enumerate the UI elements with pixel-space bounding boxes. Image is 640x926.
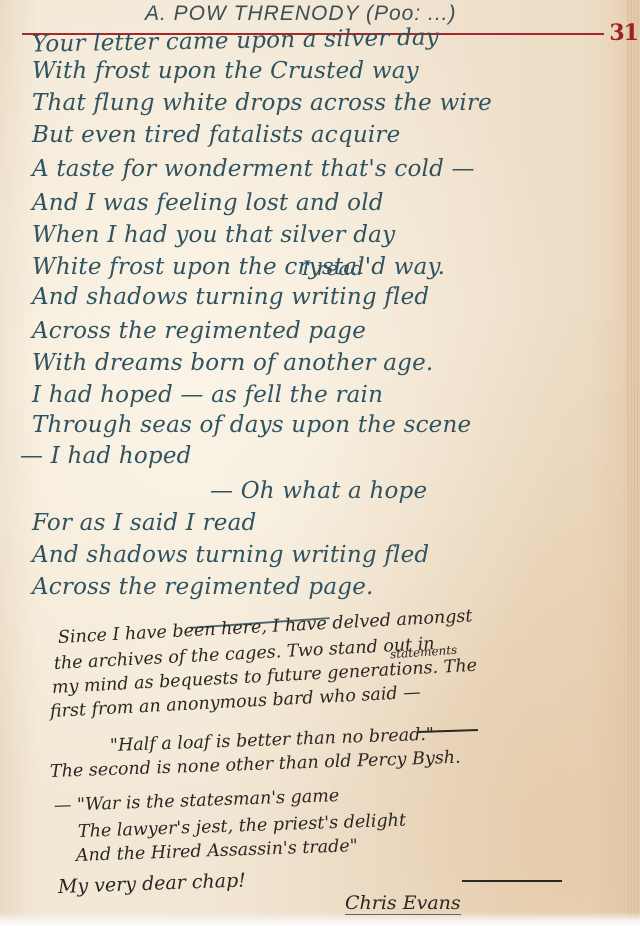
note-line: My very dear chap!: [58, 869, 247, 898]
note-line: And the Hired Assassin's trade": [76, 836, 358, 866]
page-edge: [626, 0, 640, 926]
poem-line: And I was feeling lost and old: [32, 190, 384, 216]
poem-line: For as I said I read: [32, 510, 256, 536]
note-line: — "War is the statesman's game: [54, 786, 340, 816]
poem-line: With frost upon the Crusted way: [32, 58, 419, 84]
poem-line: I had hoped — as fell the rain: [32, 382, 383, 408]
poem-line: That flung white drops across the wire: [32, 90, 492, 116]
poem-line: And shadows turning writing fled: [32, 284, 429, 310]
dash-line: [462, 880, 562, 882]
poem-line: — I had hoped: [20, 443, 192, 469]
poem-line: — Oh what a hope: [210, 478, 427, 504]
poem-line: A taste for wonderment that's cold —: [32, 156, 475, 182]
poem-line: And shadows turning writing fled: [32, 542, 429, 568]
poem-line: Through seas of days upon the scene: [32, 412, 471, 438]
poem-line: Across the regimented page: [32, 318, 366, 344]
poem-line: Your letter came upon a silver day: [32, 24, 439, 57]
signature: Chris Evans: [345, 892, 461, 915]
page-number: 31: [609, 20, 638, 46]
poem-line: White frost upon the crystal'd way.: [32, 254, 445, 280]
notebook-page: A. POW THRENODY (Poo: ...) 31 Your lette…: [0, 0, 640, 926]
page-title: A. POW THRENODY (Poo: ...): [145, 2, 457, 26]
poem-line: When I had you that silver day: [32, 222, 395, 248]
poem-line: Across the regimented page.: [32, 574, 374, 600]
poem-line: I read: [302, 256, 364, 280]
poem-line: But even tired fatalists acquire: [32, 122, 400, 148]
poem-line: With dreams born of another age.: [32, 350, 433, 376]
